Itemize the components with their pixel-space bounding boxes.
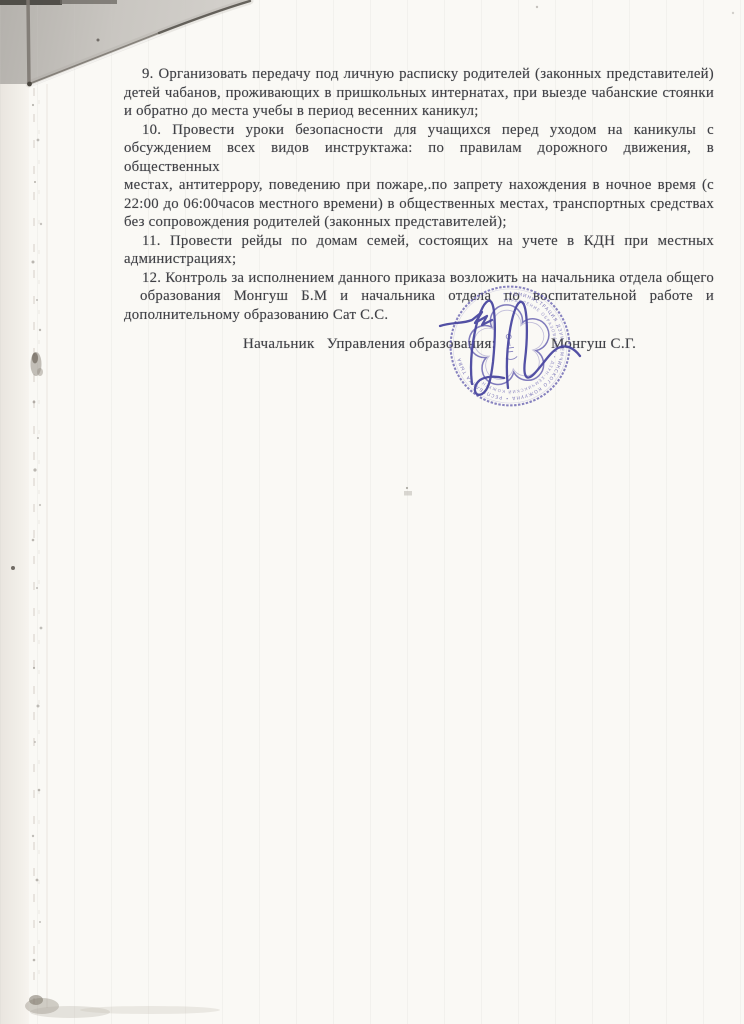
document-body: 9. Организовать передачу под личную расп… — [124, 65, 714, 324]
document-line: обсуждением всех видов инструктажа: по п… — [124, 139, 714, 176]
scanned-page: 9. Организовать передачу под личную расп… — [0, 0, 744, 1024]
signature-loop-1 — [471, 301, 504, 395]
document-line: образования Монгуш Б.М и начальника отде… — [124, 287, 714, 306]
document-line: администрациях; — [124, 250, 714, 269]
handwritten-signature — [432, 292, 588, 400]
bottom-smudge — [25, 995, 220, 1018]
document-line: и обратно до места учебы в период весенн… — [124, 102, 714, 121]
document-line: 9. Организовать передачу под личную расп… — [124, 65, 714, 84]
signature-underline-stroke — [440, 312, 492, 326]
document-line: дополнительному образованию Сат С.С. — [124, 306, 714, 325]
signature-row: Начальник Управления образования: Монгуш… — [0, 336, 744, 358]
document-line: 12. Контроль за исполнением данного прик… — [124, 269, 714, 288]
document-line: детей чабанов, проживающих в пришкольных… — [124, 84, 714, 103]
document-line: местах, антитеррору, поведению при пожар… — [124, 176, 714, 195]
document-line: 10. Провести уроки безопасности для учащ… — [124, 121, 714, 140]
scan-left-edge-strip — [0, 84, 29, 1024]
document-line: 22:00 до 06:00часов местного времени) в … — [124, 195, 714, 214]
document-line: 11. Провести рейды по домам семей, состо… — [124, 232, 714, 251]
document-line: без сопровождения родителей (законных пр… — [124, 213, 714, 232]
left-edge-smudge-band — [32, 84, 48, 1008]
signature-loop-2 — [507, 302, 580, 388]
